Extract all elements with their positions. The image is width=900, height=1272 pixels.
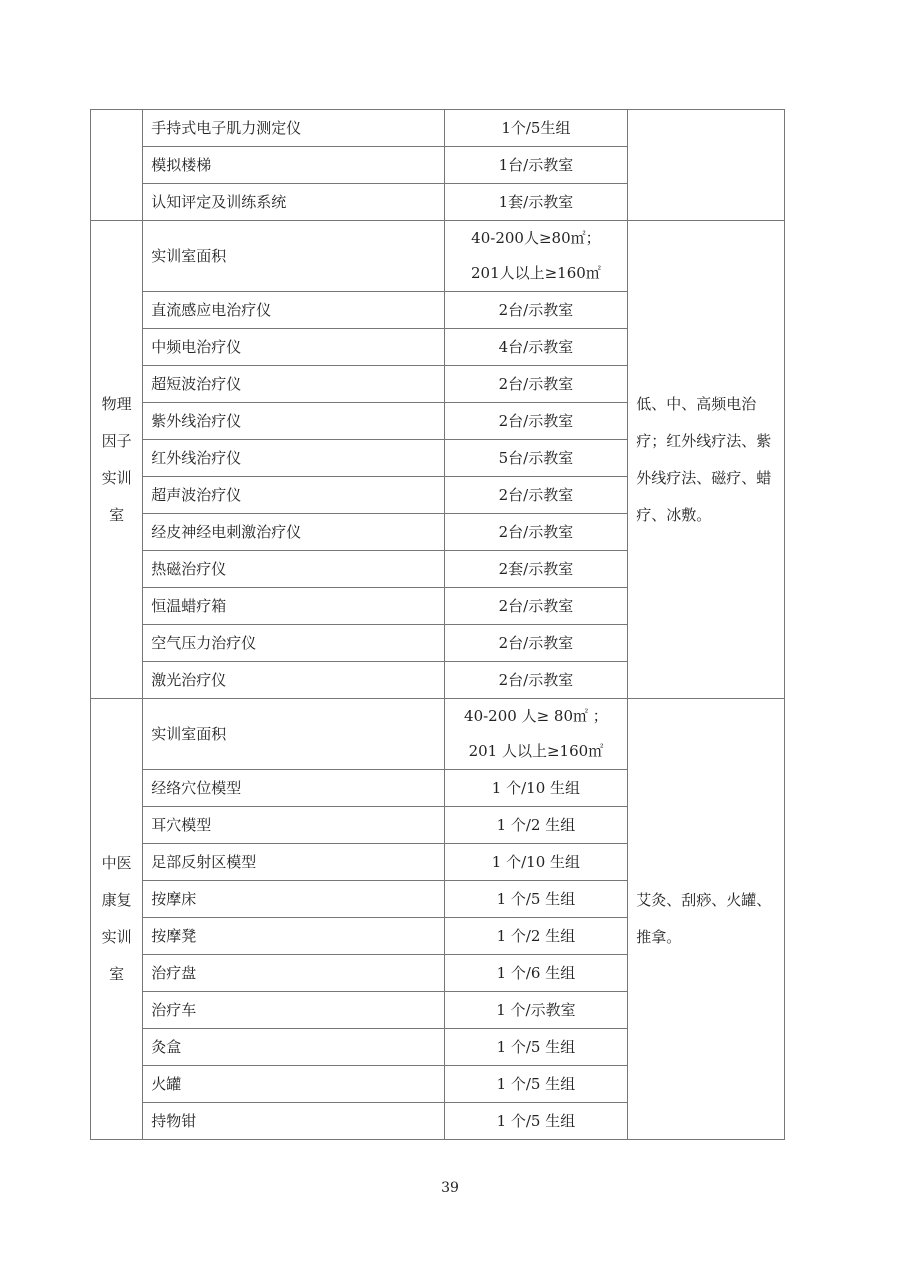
- item-cell: 实训室面积: [143, 699, 444, 770]
- area-qty-cell: 40-200 人≥ 80㎡ ； 201 人以上≥160㎡: [444, 699, 628, 770]
- item-cell: 直流感应电治疗仪: [143, 292, 444, 329]
- function-cell-continued: [628, 110, 785, 221]
- qty-cell: 1 个/10 生组: [444, 770, 628, 807]
- item-cell: 治疗盘: [143, 955, 444, 992]
- qty-cell: 1 个/5 生组: [444, 1029, 628, 1066]
- item-cell: 实训室面积: [143, 221, 444, 292]
- function-cell-physical-factor: 低、中、高频电治疗；红外线疗法、紫外线疗法、磁疗、蜡疗、冰敷。: [628, 221, 785, 699]
- item-cell: 灸盒: [143, 1029, 444, 1066]
- item-cell: 模拟楼梯: [143, 147, 444, 184]
- item-cell: 红外线治疗仪: [143, 440, 444, 477]
- item-cell: 激光治疗仪: [143, 662, 444, 699]
- qty-cell: 5台/示教室: [444, 440, 628, 477]
- item-cell: 手持式电子肌力测定仪: [143, 110, 444, 147]
- qty-cell: 2台/示教室: [444, 588, 628, 625]
- qty-cell: 1 个/6 生组: [444, 955, 628, 992]
- qty-cell: 2台/示教室: [444, 625, 628, 662]
- room-name-tcm-rehab: 中医 康复 实训 室: [91, 699, 143, 1140]
- qty-cell: 1 个/5 生组: [444, 1103, 628, 1140]
- item-cell: 紫外线治疗仪: [143, 403, 444, 440]
- qty-cell: 2台/示教室: [444, 477, 628, 514]
- item-cell: 中频电治疗仪: [143, 329, 444, 366]
- function-cell-tcm-rehab: 艾灸、刮痧、火罐、推拿。: [628, 699, 785, 1140]
- item-cell: 超短波治疗仪: [143, 366, 444, 403]
- item-cell: 持物钳: [143, 1103, 444, 1140]
- qty-cell: 1个/5生组: [444, 110, 628, 147]
- item-cell: 火罐: [143, 1066, 444, 1103]
- table-row: 手持式电子肌力测定仪 1个/5生组: [91, 110, 785, 147]
- qty-cell: 1套/示教室: [444, 184, 628, 221]
- qty-cell: 1 个/5 生组: [444, 1066, 628, 1103]
- item-cell: 按摩床: [143, 881, 444, 918]
- area-qty-cell: 40-200人≥80㎡； 201人以上≥160㎡: [444, 221, 628, 292]
- table-row-area: 中医 康复 实训 室 实训室面积 40-200 人≥ 80㎡ ； 201 人以上…: [91, 699, 785, 770]
- qty-cell: 1 个/2 生组: [444, 807, 628, 844]
- item-cell: 恒温蜡疗箱: [143, 588, 444, 625]
- item-cell: 耳穴模型: [143, 807, 444, 844]
- page-number: 39: [0, 1180, 900, 1196]
- item-cell: 足部反射区模型: [143, 844, 444, 881]
- item-cell: 空气压力治疗仪: [143, 625, 444, 662]
- item-cell: 按摩凳: [143, 918, 444, 955]
- item-cell: 治疗车: [143, 992, 444, 1029]
- item-cell: 热磁治疗仪: [143, 551, 444, 588]
- qty-cell: 1 个/10 生组: [444, 844, 628, 881]
- item-cell: 经皮神经电刺激治疗仪: [143, 514, 444, 551]
- qty-cell: 1 个/示教室: [444, 992, 628, 1029]
- qty-cell: 2台/示教室: [444, 662, 628, 699]
- item-cell: 超声波治疗仪: [143, 477, 444, 514]
- qty-cell: 2台/示教室: [444, 403, 628, 440]
- qty-cell: 1 个/2 生组: [444, 918, 628, 955]
- item-cell: 经络穴位模型: [143, 770, 444, 807]
- qty-cell: 1台/示教室: [444, 147, 628, 184]
- table-row-area: 物理 因子 实训 室 实训室面积 40-200人≥80㎡； 201人以上≥160…: [91, 221, 785, 292]
- room-name-physical-factor: 物理 因子 实训 室: [91, 221, 143, 699]
- qty-cell: 4台/示教室: [444, 329, 628, 366]
- equipment-table: 手持式电子肌力测定仪 1个/5生组 模拟楼梯 1台/示教室 认知评定及训练系统 …: [90, 109, 785, 1140]
- item-cell: 认知评定及训练系统: [143, 184, 444, 221]
- qty-cell: 2台/示教室: [444, 366, 628, 403]
- qty-cell: 2台/示教室: [444, 514, 628, 551]
- qty-cell: 2台/示教室: [444, 292, 628, 329]
- qty-cell: 2套/示教室: [444, 551, 628, 588]
- room-cell-continued: [91, 110, 143, 221]
- qty-cell: 1 个/5 生组: [444, 881, 628, 918]
